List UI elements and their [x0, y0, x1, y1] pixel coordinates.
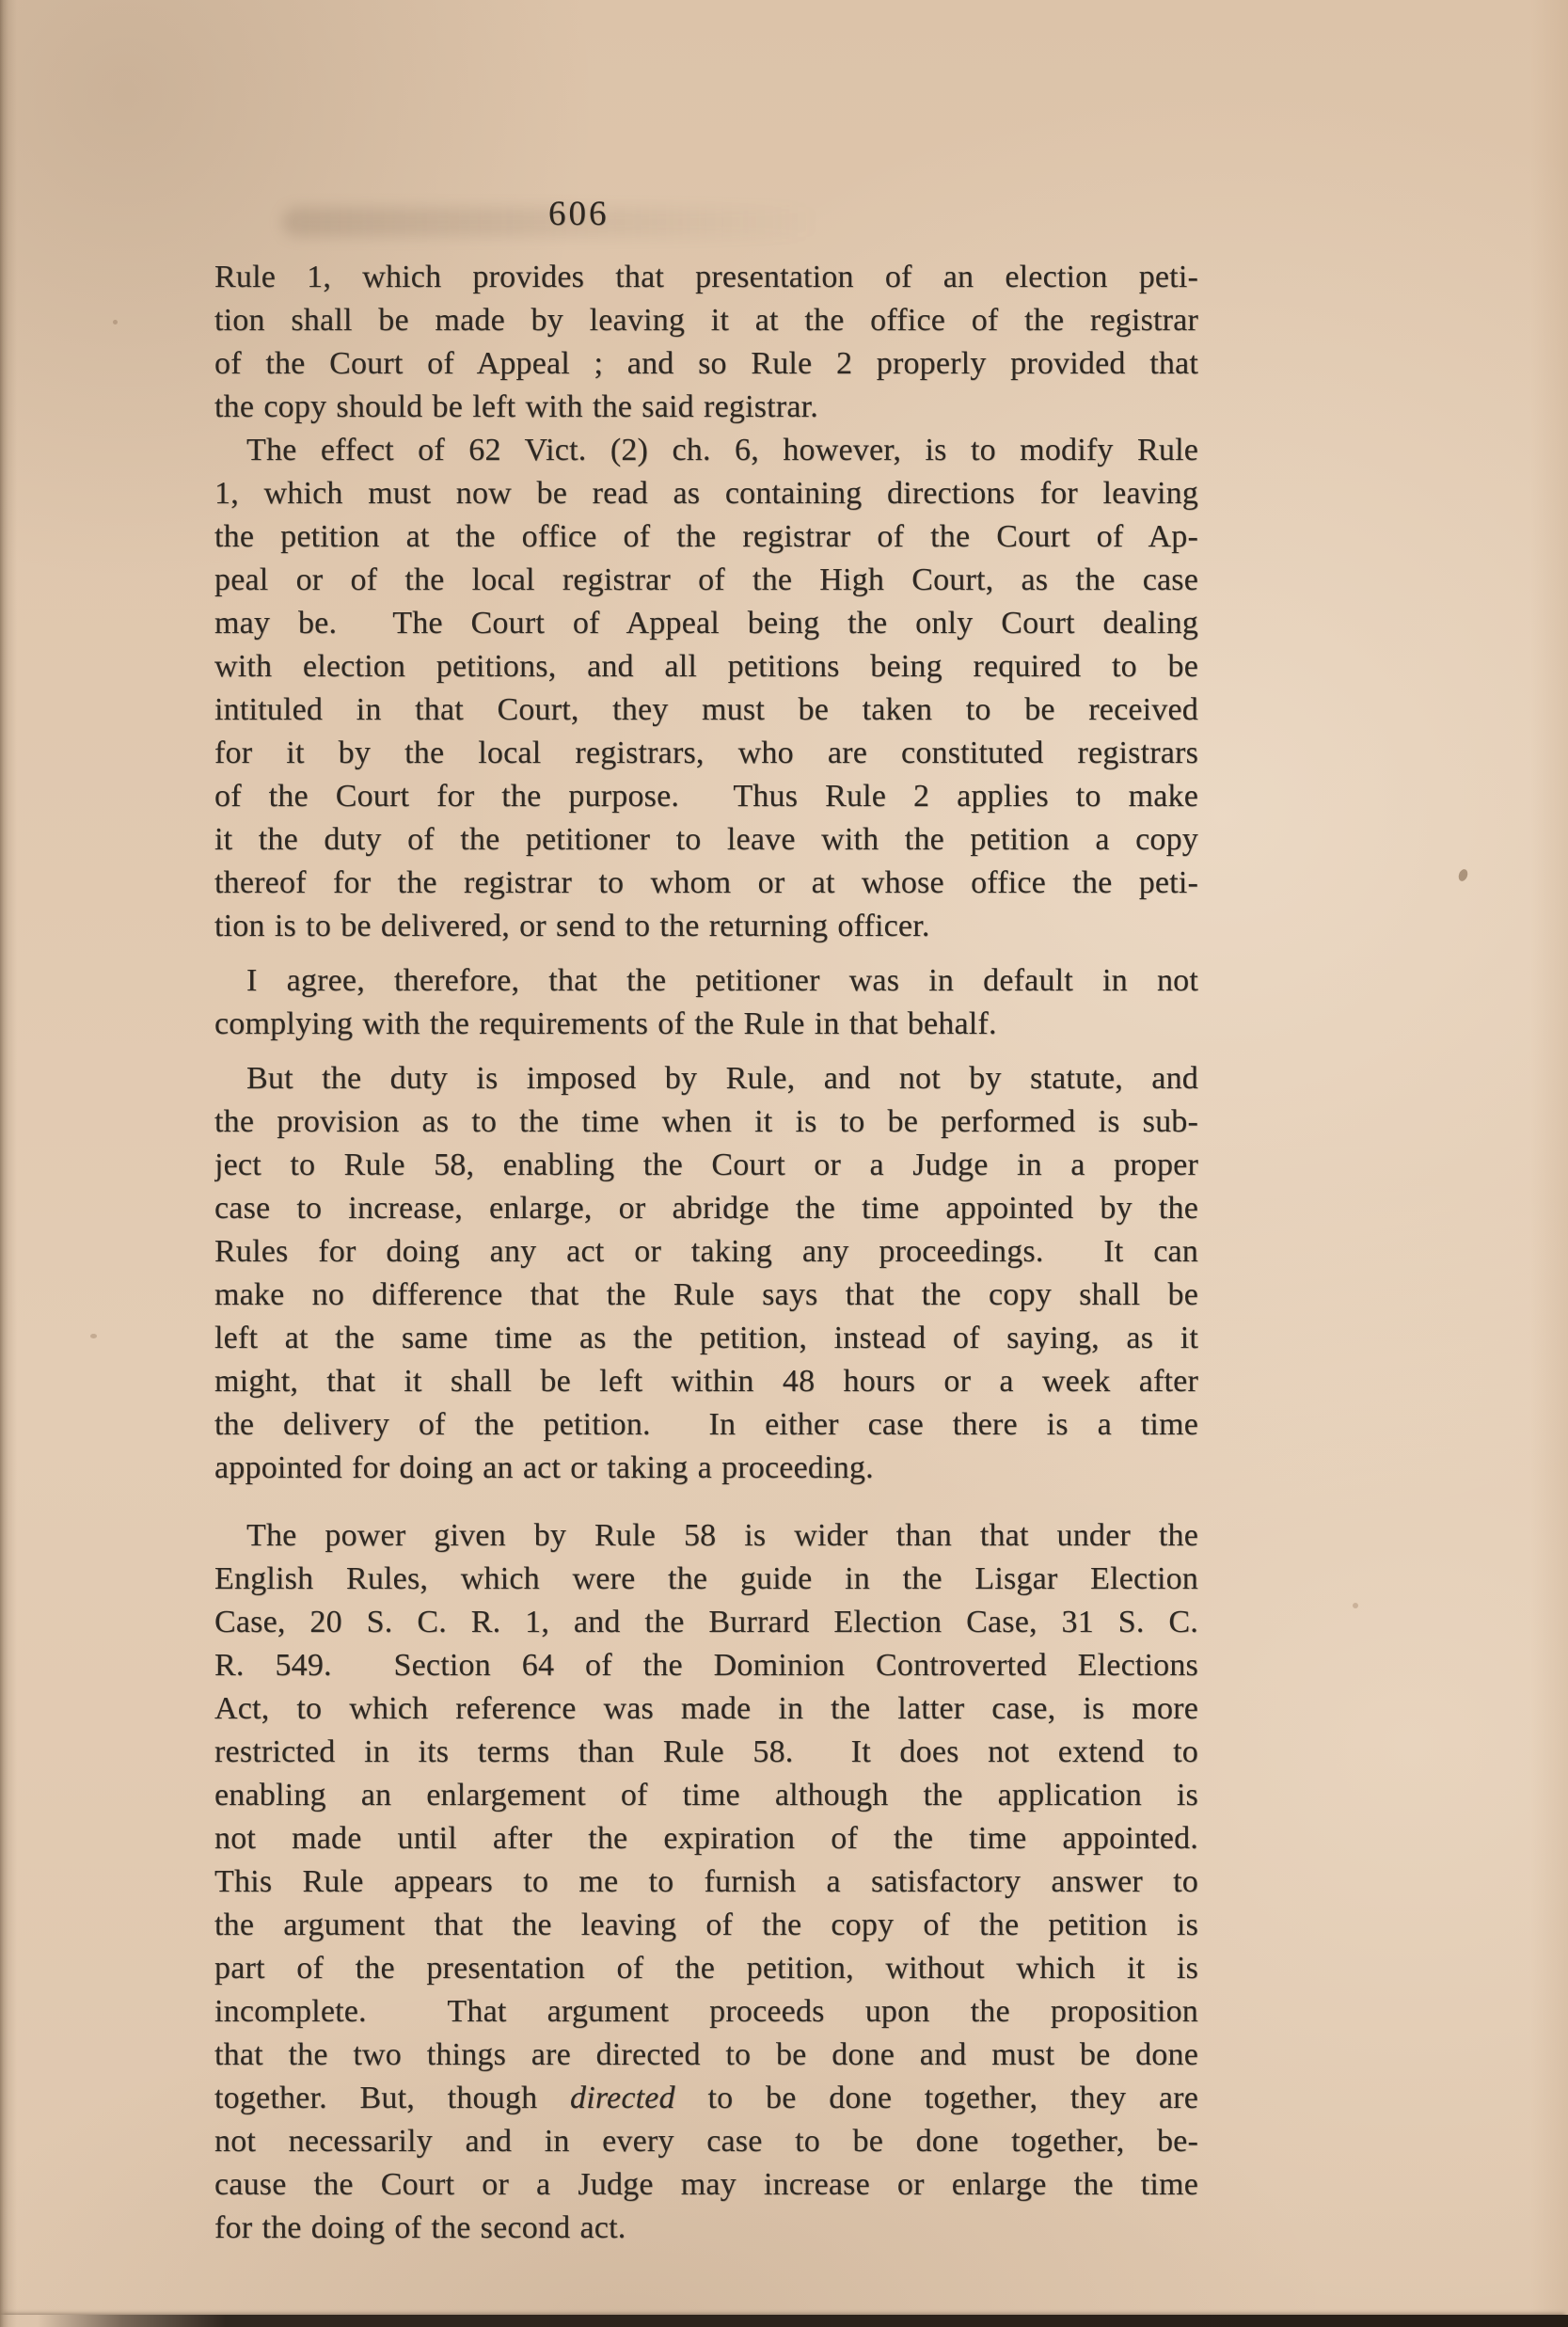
text-line: case to increase, enlarge, or abridge th… [214, 1187, 1198, 1230]
text-line: 1, which must now be read as containing … [214, 472, 1198, 515]
text-line: left at the same time as the petition, i… [214, 1317, 1198, 1360]
text-line: peal or of the local registrar of the Hi… [214, 559, 1198, 602]
paragraph: The effect of 62 Vict. (2) ch. 6, howeve… [214, 429, 1198, 948]
text-line: may be. The Court of Appeal being the on… [214, 602, 1198, 645]
text-line: that the two things are directed to be d… [214, 2034, 1198, 2077]
book-page: 606 Rule 1, which provides that presenta… [0, 0, 1568, 2327]
text-line: ject to Rule 58, enabling the Court or a… [214, 1144, 1198, 1187]
text-line: the provision as to the time when it is … [214, 1100, 1198, 1144]
text-line: together. But, though directed to be don… [214, 2077, 1198, 2120]
text-line: the delivery of the petition. In either … [214, 1403, 1198, 1447]
text-line: the petition at the office of the regist… [214, 515, 1198, 559]
text-line: cause the Court or a Judge may increase … [214, 2163, 1198, 2207]
text-line: it the duty of the petitioner to leave w… [214, 818, 1198, 862]
text-line: The power given by Rule 58 is wider than… [214, 1514, 1198, 1558]
text-column: Rule 1, which provides that presentation… [214, 256, 1198, 2250]
text-line: make no difference that the Rule says th… [214, 1274, 1198, 1317]
text-line: Rule 1, which provides that presentation… [214, 256, 1198, 299]
paragraph: But the duty is imposed by Rule, and not… [214, 1057, 1198, 1490]
text-line: might, that it shall be left within 48 h… [214, 1360, 1198, 1403]
text-line: the argument that the leaving of the cop… [214, 1904, 1198, 1947]
text-line: tion is to be delivered, or send to the … [214, 905, 1198, 948]
text-line: for it by the local registrars, who are … [214, 732, 1198, 775]
text-line: with election petitions, and all petitio… [214, 645, 1198, 689]
text-line: of the Court for the purpose. Thus Rule … [214, 775, 1198, 818]
text-line: English Rules, which were the guide in t… [214, 1558, 1198, 1601]
text-line: Rules for doing any act or taking any pr… [214, 1230, 1198, 1274]
text-line: appointed for doing an act or taking a p… [214, 1447, 1198, 1490]
page-bottom-edge-shadow [0, 2315, 1568, 2327]
text-line: intituled in that Court, they must be ta… [214, 689, 1198, 732]
paragraph: I agree, therefore, that the petitioner … [214, 959, 1198, 1046]
paper-speck [90, 1334, 97, 1338]
text-line: the copy should be left with the said re… [214, 386, 1198, 429]
text-line: thereof for the registrar to whom or at … [214, 862, 1198, 905]
page-left-edge-shadow [0, 0, 17, 2327]
text-line: for the doing of the second act. [214, 2207, 1198, 2250]
text-line: The effect of 62 Vict. (2) ch. 6, howeve… [214, 429, 1198, 472]
text-line: tion shall be made by leaving it at the … [214, 299, 1198, 342]
text-line: not necessarily and in every case to be … [214, 2120, 1198, 2163]
paragraph: Rule 1, which provides that presentation… [214, 256, 1198, 429]
paper-speck [1353, 1603, 1358, 1608]
text-line: complying with the requirements of the R… [214, 1003, 1198, 1046]
text-line: But the duty is imposed by Rule, and not… [214, 1057, 1198, 1100]
paper-speck [113, 320, 118, 325]
text-line: R. 549. Section 64 of the Dominion Contr… [214, 1644, 1198, 1687]
text-line: This Rule appears to me to furnish a sat… [214, 1860, 1198, 1904]
text-line: of the Court of Appeal ; and so Rule 2 p… [214, 342, 1198, 386]
page-number: 606 [548, 194, 610, 234]
text-line: Act, to which reference was made in the … [214, 1687, 1198, 1731]
text-line: Case, 20 S. C. R. 1, and the Burrard Ele… [214, 1601, 1198, 1644]
text-line: not made until after the expiration of t… [214, 1817, 1198, 1860]
text-line: incomplete. That argument proceeds upon … [214, 1990, 1198, 2034]
ink-speck [1457, 868, 1469, 882]
text-line: I agree, therefore, that the petitioner … [214, 959, 1198, 1003]
paragraph: The power given by Rule 58 is wider than… [214, 1514, 1198, 2250]
text-line: restricted in its terms than Rule 58. It… [214, 1731, 1198, 1774]
text-line: part of the presentation of the petition… [214, 1947, 1198, 1990]
page-right-edge-shade [1530, 0, 1568, 2327]
text-line: enabling an enlargement of time although… [214, 1774, 1198, 1817]
